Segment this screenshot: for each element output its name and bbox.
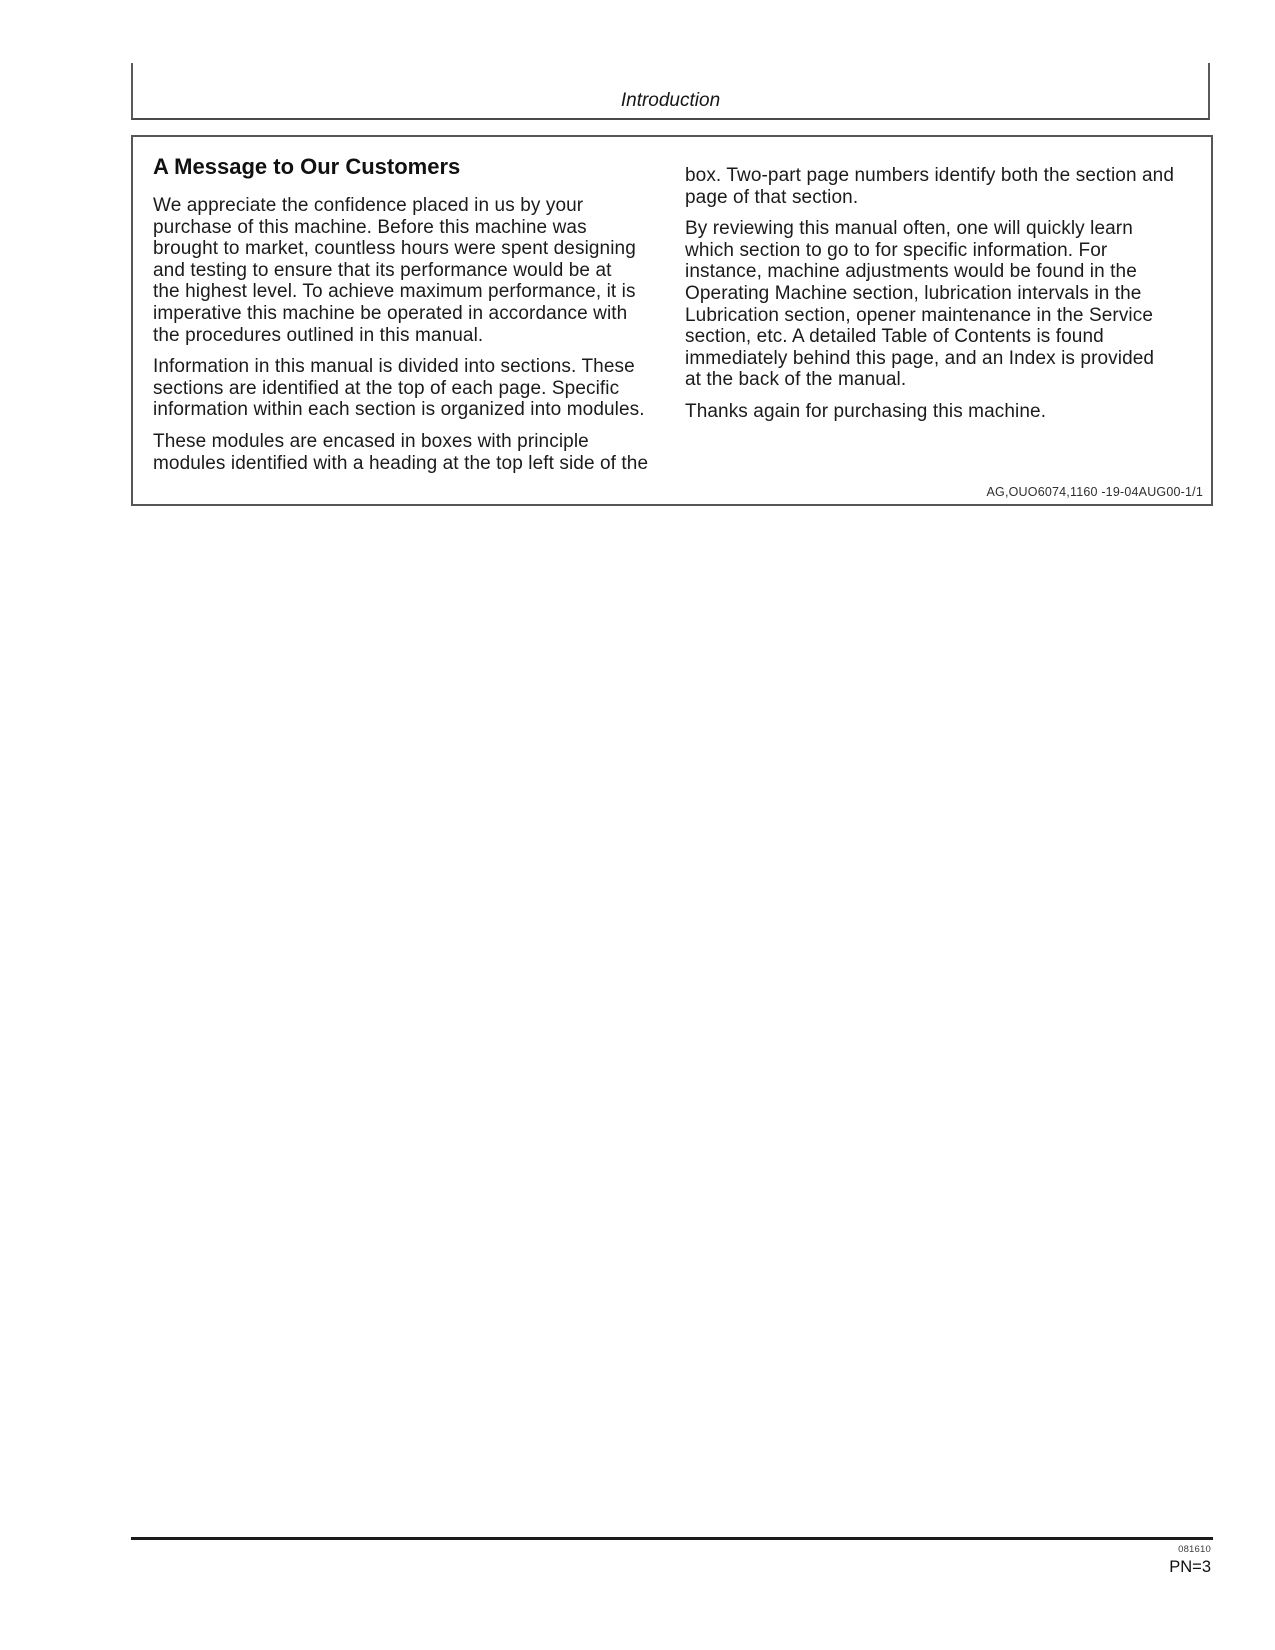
paragraph: Information in this manual is divided in… bbox=[153, 356, 653, 421]
manual-page: Introduction A Message to Our Customers … bbox=[0, 0, 1275, 1650]
message-module-box: A Message to Our Customers We appreciate… bbox=[131, 135, 1213, 506]
footer-divider bbox=[131, 1537, 1213, 1540]
print-date-code: 081610 bbox=[131, 1544, 1211, 1555]
paragraph: Thanks again for purchasing this machine… bbox=[685, 401, 1200, 423]
page-footer: 081610 PN=3 bbox=[131, 1544, 1211, 1577]
right-column: box. Two-part page numbers identify both… bbox=[685, 153, 1200, 474]
reference-code: AG,OUO6074,1160 -19-04AUG00-1/1 bbox=[986, 485, 1203, 499]
paragraph: box. Two-part page numbers identify both… bbox=[685, 165, 1200, 208]
paragraph: These modules are encased in boxes with … bbox=[153, 431, 653, 474]
paragraph: We appreciate the confidence placed in u… bbox=[153, 195, 653, 346]
left-column: A Message to Our Customers We appreciate… bbox=[153, 153, 653, 474]
section-title: Introduction bbox=[133, 90, 1208, 112]
page-header: Introduction bbox=[131, 63, 1210, 120]
page-number: PN=3 bbox=[131, 1557, 1211, 1577]
module-heading: A Message to Our Customers bbox=[153, 153, 653, 181]
paragraph: By reviewing this manual often, one will… bbox=[685, 218, 1200, 391]
two-column-layout: A Message to Our Customers We appreciate… bbox=[153, 153, 1203, 474]
